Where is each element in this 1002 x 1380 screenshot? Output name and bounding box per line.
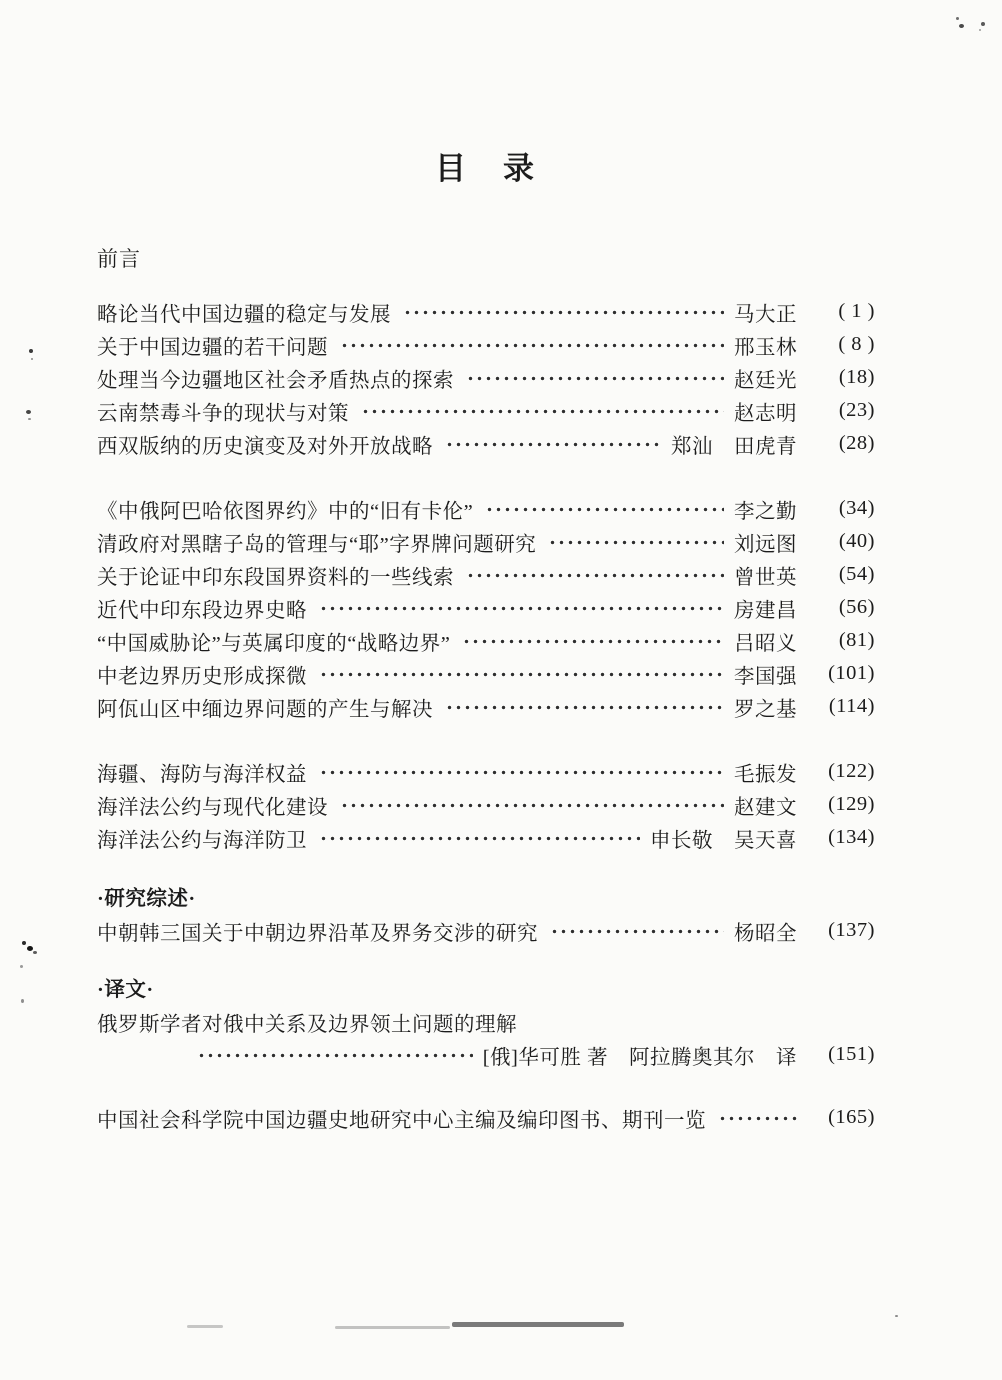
toc-entry-title: 中朝韩三国关于中朝边界沿革及界务交涉的研究 — [97, 916, 538, 946]
toc-entry-title: 略论当代中国边疆的稳定与发展 — [97, 297, 391, 327]
dot-leader — [716, 1101, 801, 1134]
toc-group-general: 略论当代中国边疆的稳定与发展 马大正 ( 1 ) 关于中国边疆的若干问题 邢玉林… — [97, 295, 875, 460]
toc-entry-title: 阿佤山区中缅边界问题的产生与解决 — [97, 692, 433, 722]
dot-leader — [464, 558, 724, 591]
toc-entry-title: 近代中印东段边界史略 — [97, 593, 307, 623]
toc-entry-authors: 申长敬 吴天喜 — [650, 823, 797, 853]
dot-leader — [338, 788, 724, 821]
dot-leader — [483, 492, 724, 525]
toc-entry: 阿佤山区中缅边界问题的产生与解决 罗之基 (114) — [97, 690, 875, 723]
toc-entry-page: (137) — [811, 919, 875, 942]
toc-entry-page: (134) — [811, 826, 875, 849]
toc-entry-authors: 吕昭义 — [734, 626, 797, 656]
dot-leader — [460, 624, 724, 657]
toc-entry-page: (56) — [811, 596, 875, 619]
toc-entry-authors: 罗之基 — [734, 692, 797, 722]
toc-entry-page: (114) — [811, 695, 875, 718]
toc-entry: 关于论证中印东段国界资料的一些线索 曾世英 (54) — [97, 558, 875, 591]
dot-leader — [317, 657, 724, 690]
toc-entry-title: 《中俄阿巴哈依图界约》中的“旧有卡伦” — [97, 494, 473, 524]
toc-entry-authors: 李国强 — [734, 659, 797, 689]
toc-entry-page: ( 8 ) — [811, 333, 875, 356]
toc-entry-page: (18) — [811, 366, 875, 389]
toc-entry-authors: 郑汕 田虎青 — [671, 429, 797, 459]
toc-entry: “中国威胁论”与英属印度的“战略边界” 吕昭义 (81) — [97, 624, 875, 657]
toc-entry-page: (165) — [811, 1106, 875, 1129]
toc-entry-title: 中国社会科学院中国边疆史地研究中心主编及编印图书、期刊一览 — [97, 1103, 706, 1133]
toc-entry-page: (40) — [811, 530, 875, 553]
toc-entry-authors: 邢玉林 — [734, 330, 797, 360]
dot-leader — [195, 1038, 473, 1071]
toc-entry-title: 海疆、海防与海洋权益 — [97, 757, 307, 787]
toc-entry-page: (54) — [811, 563, 875, 586]
dot-leader — [359, 394, 724, 427]
toc-entry-publications-list: 中国社会科学院中国边疆史地研究中心主编及编印图书、期刊一览 (165) — [97, 1101, 875, 1134]
toc-entry-page: (23) — [811, 399, 875, 422]
dot-leader — [546, 525, 724, 558]
toc-entry-authors: 房建昌 — [734, 593, 797, 623]
toc-entry-page: (151) — [811, 1043, 875, 1066]
toc-entry-page: (101) — [811, 662, 875, 685]
toc-entry: 海疆、海防与海洋权益 毛振发 (122) — [97, 755, 875, 788]
toc-entry-title: 关于论证中印东段国界资料的一些线索 — [97, 560, 454, 590]
toc-entry-title: 云南禁毒斗争的现状与对策 — [97, 396, 349, 426]
section-header-translation: ·译文· — [97, 975, 875, 1005]
toc-entry: 近代中印东段边界史略 房建昌 (56) — [97, 591, 875, 624]
toc-entry-authors: 赵志明 — [734, 396, 797, 426]
toc-entry: 略论当代中国边疆的稳定与发展 马大正 ( 1 ) — [97, 295, 875, 328]
toc-entry: 西双版纳的历史演变及对外开放战略 郑汕 田虎青 (28) — [97, 427, 875, 460]
toc-entry: 海洋法公约与现代化建设 赵建文 (129) — [97, 788, 875, 821]
toc-entry-authors: 曾世英 — [734, 560, 797, 590]
toc-entry-translation-title: 俄罗斯学者对俄中关系及边界领土问题的理解 — [97, 1005, 875, 1038]
toc-entry-authors: 刘远图 — [734, 527, 797, 557]
toc-entry-title: 西双版纳的历史演变及对外开放战略 — [97, 429, 433, 459]
toc-entry-authors: 赵廷光 — [734, 363, 797, 393]
toc-entry-authors: 赵建文 — [734, 790, 797, 820]
toc-entry-title: 处理当今边疆地区社会矛盾热点的探索 — [97, 363, 454, 393]
toc-group-maritime: 海疆、海防与海洋权益 毛振发 (122) 海洋法公约与现代化建设 赵建文 (12… — [97, 755, 875, 854]
dot-leader — [338, 328, 724, 361]
toc-entry-page: (34) — [811, 497, 875, 520]
dot-leader — [464, 361, 724, 394]
dot-leader — [317, 755, 724, 788]
toc-entry-title: 海洋法公约与海洋防卫 — [97, 823, 307, 853]
toc-entry-page: ( 1 ) — [811, 300, 875, 323]
toc-entry-page: (81) — [811, 629, 875, 652]
dot-leader — [443, 427, 661, 460]
toc-entry-page: (129) — [811, 793, 875, 816]
toc-entry: 海洋法公约与海洋防卫 申长敬 吴天喜 (134) — [97, 821, 875, 854]
toc-entry-title: 关于中国边疆的若干问题 — [97, 330, 328, 360]
toc-entry-translation-credits: [俄]华可胜 著 阿拉腾奥其尔 译 (151) — [97, 1038, 875, 1071]
toc-entry-authors: 毛振发 — [734, 757, 797, 787]
toc-entry-title: 中老边界历史形成探微 — [97, 659, 307, 689]
toc-entry: 中老边界历史形成探微 李国强 (101) — [97, 657, 875, 690]
toc-entry-page: (122) — [811, 760, 875, 783]
toc-entry-title: 清政府对黑瞎子岛的管理与“耶”字界牌问题研究 — [97, 527, 536, 557]
dot-leader — [548, 914, 724, 947]
toc-entry-authors: 李之勤 — [734, 494, 797, 524]
dot-leader — [401, 295, 724, 328]
toc-entry: 中朝韩三国关于中朝边界沿革及界务交涉的研究 杨昭全 (137) — [97, 914, 875, 947]
preface-label: 前言 — [97, 245, 875, 273]
dot-leader — [443, 690, 724, 723]
toc-entry-authors: 马大正 — [734, 297, 797, 327]
toc-group-borders: 《中俄阿巴哈依图界约》中的“旧有卡伦” 李之勤 (34) 清政府对黑瞎子岛的管理… — [97, 492, 875, 723]
toc-entry: 《中俄阿巴哈依图界约》中的“旧有卡伦” 李之勤 (34) — [97, 492, 875, 525]
toc-entry: 云南禁毒斗争的现状与对策 赵志明 (23) — [97, 394, 875, 427]
dot-leader — [317, 821, 640, 854]
page-title: 目 录 — [97, 148, 875, 190]
toc-entry-title: 俄罗斯学者对俄中关系及边界领土问题的理解 — [97, 1007, 517, 1037]
toc-entry-credits: [俄]华可胜 著 阿拉腾奥其尔 译 — [483, 1040, 797, 1070]
toc-entry: 关于中国边疆的若干问题 邢玉林 ( 8 ) — [97, 328, 875, 361]
section-header-research: ·研究综述· — [97, 884, 875, 914]
toc-entry: 清政府对黑瞎子岛的管理与“耶”字界牌问题研究 刘远图 (40) — [97, 525, 875, 558]
toc-entry: 处理当今边疆地区社会矛盾热点的探索 赵廷光 (18) — [97, 361, 875, 394]
toc-entry-title: “中国威胁论”与英属印度的“战略边界” — [97, 626, 450, 656]
toc-page: 目 录 前言 略论当代中国边疆的稳定与发展 马大正 ( 1 ) 关于中国边疆的若… — [0, 0, 1002, 1380]
toc-entry-title: 海洋法公约与现代化建设 — [97, 790, 328, 820]
toc-entry-authors: 杨昭全 — [734, 916, 797, 946]
toc-entry-page: (28) — [811, 432, 875, 455]
dot-leader — [317, 591, 724, 624]
